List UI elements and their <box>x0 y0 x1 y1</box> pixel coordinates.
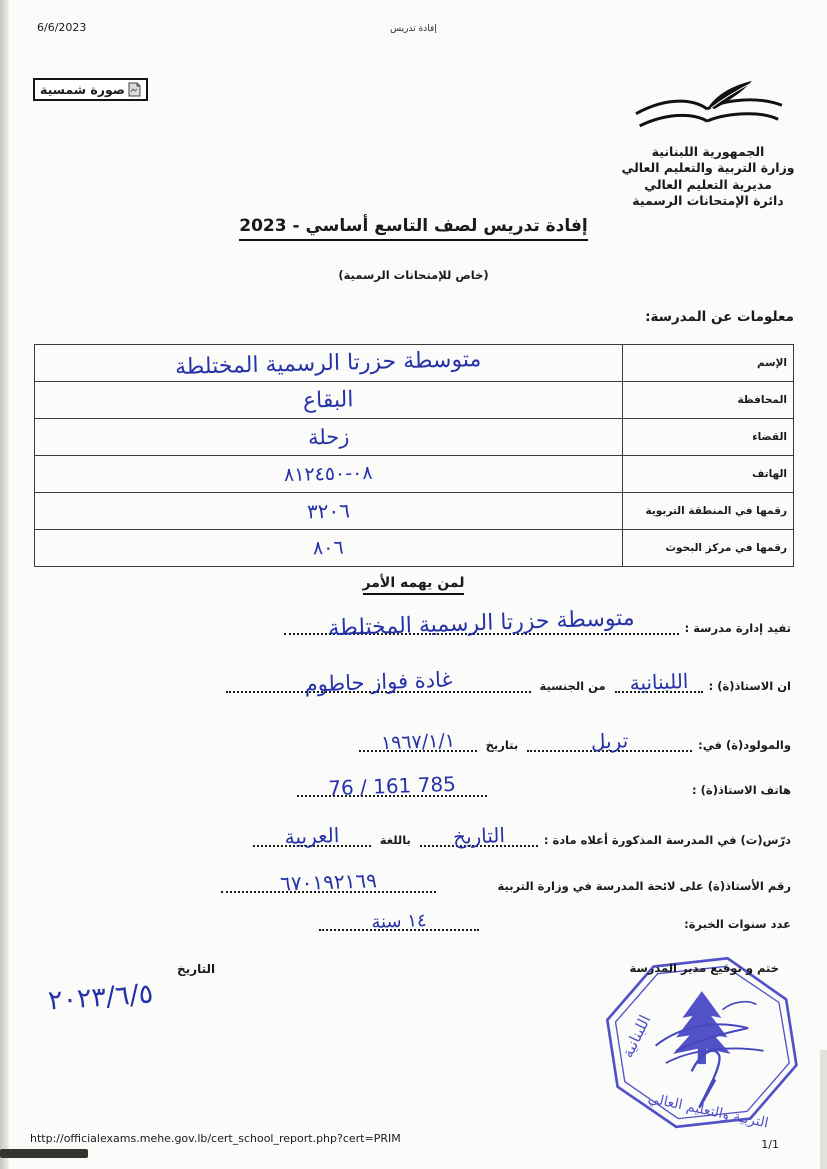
row-label: القضاء <box>623 419 794 456</box>
subject-line: درّس(ت) في المدرسة المذكورة أعلاه مادة :… <box>36 830 791 847</box>
field-label: هاتف الاستاذ(ة) : <box>692 783 791 797</box>
attestation-form: تفيد إدارة مدرسة : متوسطة حزرتا الرسمية … <box>36 618 791 931</box>
school-name-line: تفيد إدارة مدرسة : متوسطة حزرتا الرسمية … <box>36 618 791 635</box>
ministry-line: دائرة الإمتحانات الرسمية <box>603 193 813 209</box>
dotted-blank: 76 / 161 785 <box>297 780 487 797</box>
official-stamp: اللبنانية التربية والتعليم العالي <box>591 948 823 1133</box>
stamp-side-text: اللبنانية <box>618 1012 654 1061</box>
print-doc-name: إفادة تدريس <box>0 24 827 34</box>
dotted-blank: متوسطة حزرتا الرسمية المختلطة <box>284 618 679 635</box>
dotted-blank: التاريخ <box>420 830 538 847</box>
print-page-number: 1/1 <box>761 1138 779 1151</box>
scanned-document-page: 6/6/2023 إفادة تدريس صورة شمسية الجمهوري… <box>0 0 827 1169</box>
table-row: الهاتف ٠٨-٨١٢٤٥٠ <box>35 456 794 493</box>
handwritten-value: زحلة <box>308 424 350 449</box>
handwritten-value: البقاع <box>303 387 354 413</box>
row-label: رقمها في مركز البحوث <box>623 530 794 567</box>
stamp-signature-label: ختم و توقيع مدير المدرسة <box>629 961 779 975</box>
row-label: الإسم <box>623 345 794 382</box>
field-label: ان الاستاذ(ة) : <box>709 679 791 693</box>
printed-connector: من الجنسية <box>540 679 606 693</box>
dotted-blank: ١٤ سنة <box>319 914 479 931</box>
ministry-text: الجمهورية اللبنانية وزارة التربية والتعل… <box>603 144 813 209</box>
handwritten-value: ٣٢٠٦ <box>307 498 351 523</box>
table-row: المحافظة البقاع <box>35 382 794 419</box>
scan-smudge-artifact <box>0 1149 88 1158</box>
ministry-line: وزارة التربية والتعليم العالي <box>603 160 813 176</box>
field-label: تفيد إدارة مدرسة : <box>685 621 791 635</box>
printed-connector: باللغة <box>380 833 411 847</box>
photo-placeholder-box: صورة شمسية <box>33 78 148 101</box>
handwritten-school-name: متوسطة حزرتا الرسمية المختلطة <box>283 604 679 643</box>
handwritten-value: ٠٨-٨١٢٤٥٠ <box>284 462 373 486</box>
cedar-tree <box>673 991 731 1064</box>
broken-image-icon <box>128 82 141 97</box>
octagonal-stamp-graphic: اللبنانية التربية والتعليم العالي <box>591 948 823 1133</box>
handwritten-date: ٢٠٢٣/٦/٥ <box>47 978 154 1016</box>
table-row: رقمها في المنطقة التربوية ٣٢٠٦ <box>35 493 794 530</box>
row-label: الهاتف <box>623 456 794 493</box>
table-row: القضاء زحلة <box>35 419 794 456</box>
dotted-blank: العربية <box>253 830 371 847</box>
field-label: عدد سنوات الخبرة: <box>684 917 791 931</box>
handwritten-nationality: اللبنانية <box>614 668 703 695</box>
handwritten-birthdate: ١٩٦٧/١/١ <box>358 729 477 755</box>
field-label: درّس(ت) في المدرسة المذكورة أعلاه مادة : <box>544 833 791 847</box>
school-info-heading: معلومات عن المدرسة: <box>645 309 794 325</box>
document-title: إفادة تدريس لصف التاسع أساسي - 2023 <box>0 216 827 236</box>
dotted-blank: غادة فواز حاطوم <box>226 676 531 693</box>
attestation-heading: لمن يهمه الأمر <box>0 572 827 591</box>
handwritten-teacher-name: غادة فواز حاطوم <box>225 665 531 700</box>
handwritten-subject: التاريخ <box>419 822 538 850</box>
field-label: رقم الأستاذ(ة) على لائحة المدرسة في وزار… <box>498 879 791 893</box>
dotted-blank: اللبنانية <box>615 676 703 693</box>
handwritten-teacher-number: ٦٧٠١٩٢١٦٩ <box>220 866 436 897</box>
document-subtitle: (خاص للإمتحانات الرسمية) <box>0 268 827 282</box>
printed-connector: بتاريخ <box>486 738 519 752</box>
ministry-line: مديرية التعليم العالي <box>603 177 813 193</box>
ministry-book-quill-logo <box>626 80 790 138</box>
phone-line: هاتف الاستاذ(ة) : 76 / 161 785 <box>36 780 791 797</box>
dotted-blank: تربل <box>527 735 692 752</box>
experience-line: عدد سنوات الخبرة: ١٤ سنة <box>36 914 791 931</box>
handwritten-birthplace: تربل <box>527 726 693 756</box>
handwritten-value: متوسطة حزرتا الرسمية المختلطة <box>175 346 482 379</box>
handwritten-experience: ١٤ سنة <box>319 908 480 935</box>
print-footer-url: http://officialexams.mehe.gov.lb/cert_sc… <box>30 1132 401 1145</box>
table-row: رقمها في مركز البحوث ٨٠٦ <box>35 530 794 567</box>
teacher-name-line: ان الاستاذ(ة) : اللبنانية من الجنسية غاد… <box>36 676 791 693</box>
table-row: الإسم متوسطة حزرتا الرسمية المختلطة <box>35 345 794 382</box>
row-label: رقمها في المنطقة التربوية <box>623 493 794 530</box>
teacher-number-line: رقم الأستاذ(ة) على لائحة المدرسة في وزار… <box>36 876 791 893</box>
handwritten-value: ٨٠٦ <box>313 537 344 560</box>
handwritten-phone: 76 / 161 785 <box>297 771 488 802</box>
ministry-header: الجمهورية اللبنانية وزارة التربية والتعل… <box>603 80 813 209</box>
stamp-bottom-text: التربية والتعليم العالي <box>647 1090 770 1131</box>
row-label: المحافظة <box>623 382 794 419</box>
birth-line: والمولود(ة) في: تربل بتاريخ ١٩٦٧/١/١ <box>36 735 791 752</box>
date-label: التاريخ <box>177 962 215 976</box>
photo-placeholder-label: صورة شمسية <box>40 82 125 97</box>
field-label: والمولود(ة) في: <box>698 738 791 752</box>
handwritten-language: العربية <box>252 822 371 850</box>
dotted-blank: ١٩٦٧/١/١ <box>359 735 477 752</box>
ministry-line: الجمهورية اللبنانية <box>603 144 813 160</box>
dotted-blank: ٦٧٠١٩٢١٦٩ <box>221 876 436 893</box>
school-info-table: الإسم متوسطة حزرتا الرسمية المختلطة المح… <box>34 344 794 567</box>
